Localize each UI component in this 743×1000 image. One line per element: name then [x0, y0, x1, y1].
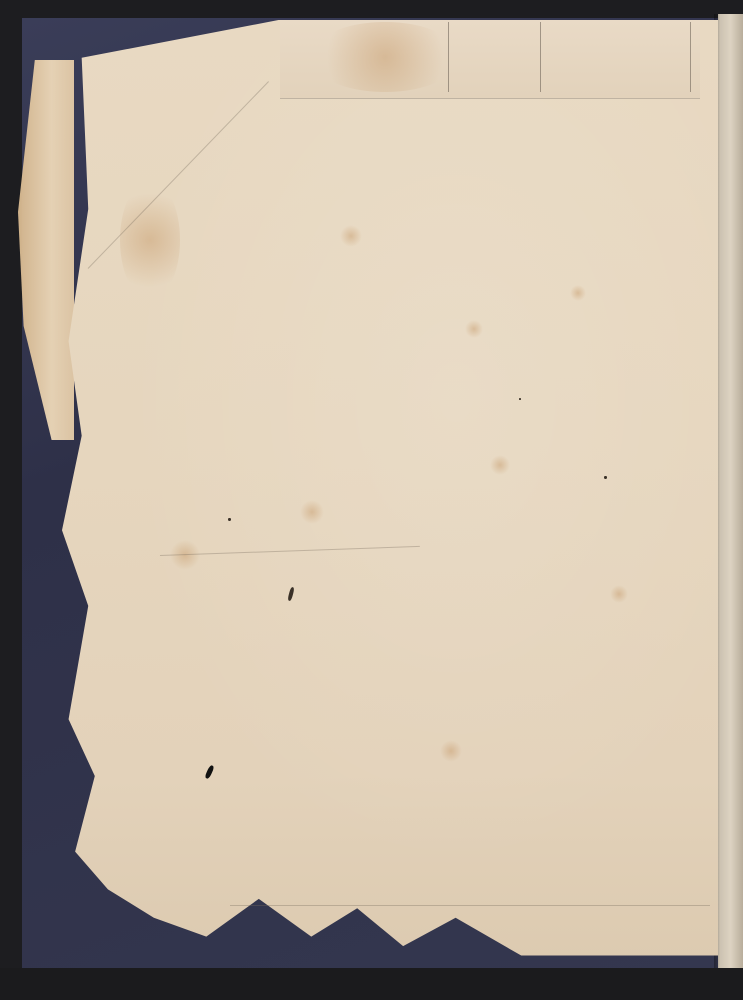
- foxing-spot: [120, 180, 180, 300]
- foxing-spot: [610, 585, 628, 603]
- foxing-spot: [300, 500, 324, 524]
- ink-speck: [228, 518, 231, 521]
- adjacent-page-edge: [718, 14, 743, 974]
- ink-speck: [604, 476, 607, 479]
- blank-paper-page: [62, 20, 718, 965]
- foxing-spot: [490, 455, 510, 475]
- foxing-spot: [570, 285, 586, 301]
- paper-crack: [448, 22, 449, 92]
- foxing-spot: [340, 225, 362, 247]
- paper-crack: [540, 22, 541, 92]
- paper-crack: [690, 22, 691, 92]
- ink-speck: [519, 398, 521, 400]
- foxing-spot: [465, 320, 483, 338]
- foxing-spot: [440, 740, 462, 762]
- dark-bottom-border: [0, 968, 743, 1000]
- water-stain: [310, 22, 460, 92]
- bottom-tear-line: [230, 905, 710, 906]
- photo-background: [0, 0, 743, 1000]
